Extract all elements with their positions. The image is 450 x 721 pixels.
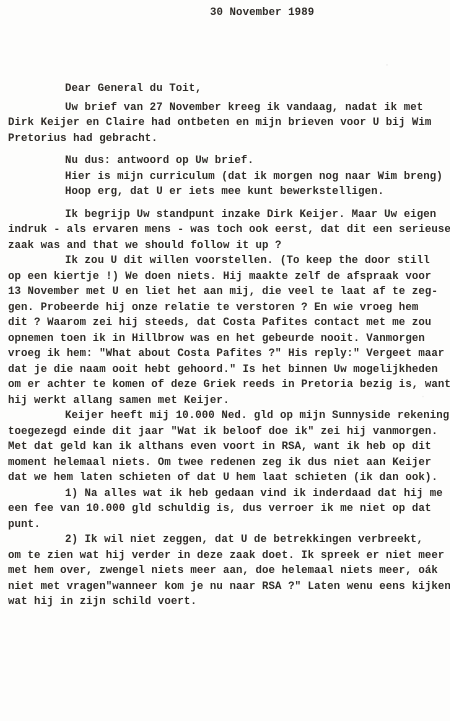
letter-line: om te zien wat hij verder in deze zaak d… xyxy=(8,549,448,565)
letter-line: gen. Probeerde hij onze relatie te verst… xyxy=(8,301,448,317)
letter-line: vroeg ik hem: "What about Costa Pafites … xyxy=(8,347,448,363)
letter-line: een fee van 10.000 gld schuldig is, dus … xyxy=(8,502,448,518)
letter-line: Nu dus: antwoord op Uw brief. xyxy=(8,154,448,170)
letter-line: Met dat geld kan ik althans even voort i… xyxy=(8,440,448,456)
letter-body: Dear General du Toit, Uw brief van 27 No… xyxy=(8,82,448,611)
letter-line: 13 November met U en liet het aan mij, d… xyxy=(8,285,448,301)
letter-line: toegezegd einde dit jaar "Wat ik beloof … xyxy=(8,425,448,441)
letter-line: Hoop erg, dat U er iets mee kunt bewerks… xyxy=(8,185,448,201)
letter-line: punt. xyxy=(8,518,448,534)
letter-line: met hem over, zwengel niets meer aan, do… xyxy=(8,564,448,580)
letter-line: Keijer heeft mij 10.000 Ned. gld op mijn… xyxy=(8,409,448,425)
letter-line: dat we hem laten schieten of dat U hem l… xyxy=(8,471,448,487)
letter-page: 30 November 1989 Dear General du Toit, U… xyxy=(0,0,450,721)
salutation: Dear General du Toit, xyxy=(8,82,448,98)
letter-line: Pretorius had gebracht. xyxy=(8,132,448,148)
letter-line: dat je die naam ooit hebt gehoord." Is h… xyxy=(8,363,448,379)
letter-line: opnemen toen ik in Hillbrow was en het g… xyxy=(8,332,448,348)
letter-line: Ik begrijp Uw standpunt inzake Dirk Keij… xyxy=(8,208,448,224)
letter-line: moment helemaal niets. Om twee redenen z… xyxy=(8,456,448,472)
letter-line: indruk - als ervaren mens - was toch ook… xyxy=(8,223,448,239)
letter-date: 30 November 1989 xyxy=(210,7,314,20)
letter-line: dit ? Waarom zei hij steeds, dat Costa P… xyxy=(8,316,448,332)
letter-line: 2) Ik wil niet zeggen, dat U de betrekki… xyxy=(8,533,448,549)
letter-line: Hier is mijn curriculum (dat ik morgen n… xyxy=(8,170,448,186)
letter-line: op een kiertje !) We doen niets. Hij maa… xyxy=(8,270,448,286)
letter-line: Dirk Keijer en Claire had ontbeten en mi… xyxy=(8,116,448,132)
letter-line: om er achter te komen of deze Griek reed… xyxy=(8,378,448,394)
letter-line: 1) Na alles wat ik heb gedaan vind ik in… xyxy=(8,487,448,503)
letter-line: Uw brief van 27 November kreeg ik vandaa… xyxy=(8,101,448,117)
letter-line: niet met vragen"wanneer kom je nu naar R… xyxy=(8,580,448,596)
letter-line: zaak was and that we should follow it up… xyxy=(8,239,448,255)
letter-line: wat hij in zijn schild voert. xyxy=(8,595,448,611)
letter-line: hij werkt allang samen met Keijer. xyxy=(8,394,448,410)
letter-line: Ik zou U dit willen voorstellen. (To kee… xyxy=(8,254,448,270)
